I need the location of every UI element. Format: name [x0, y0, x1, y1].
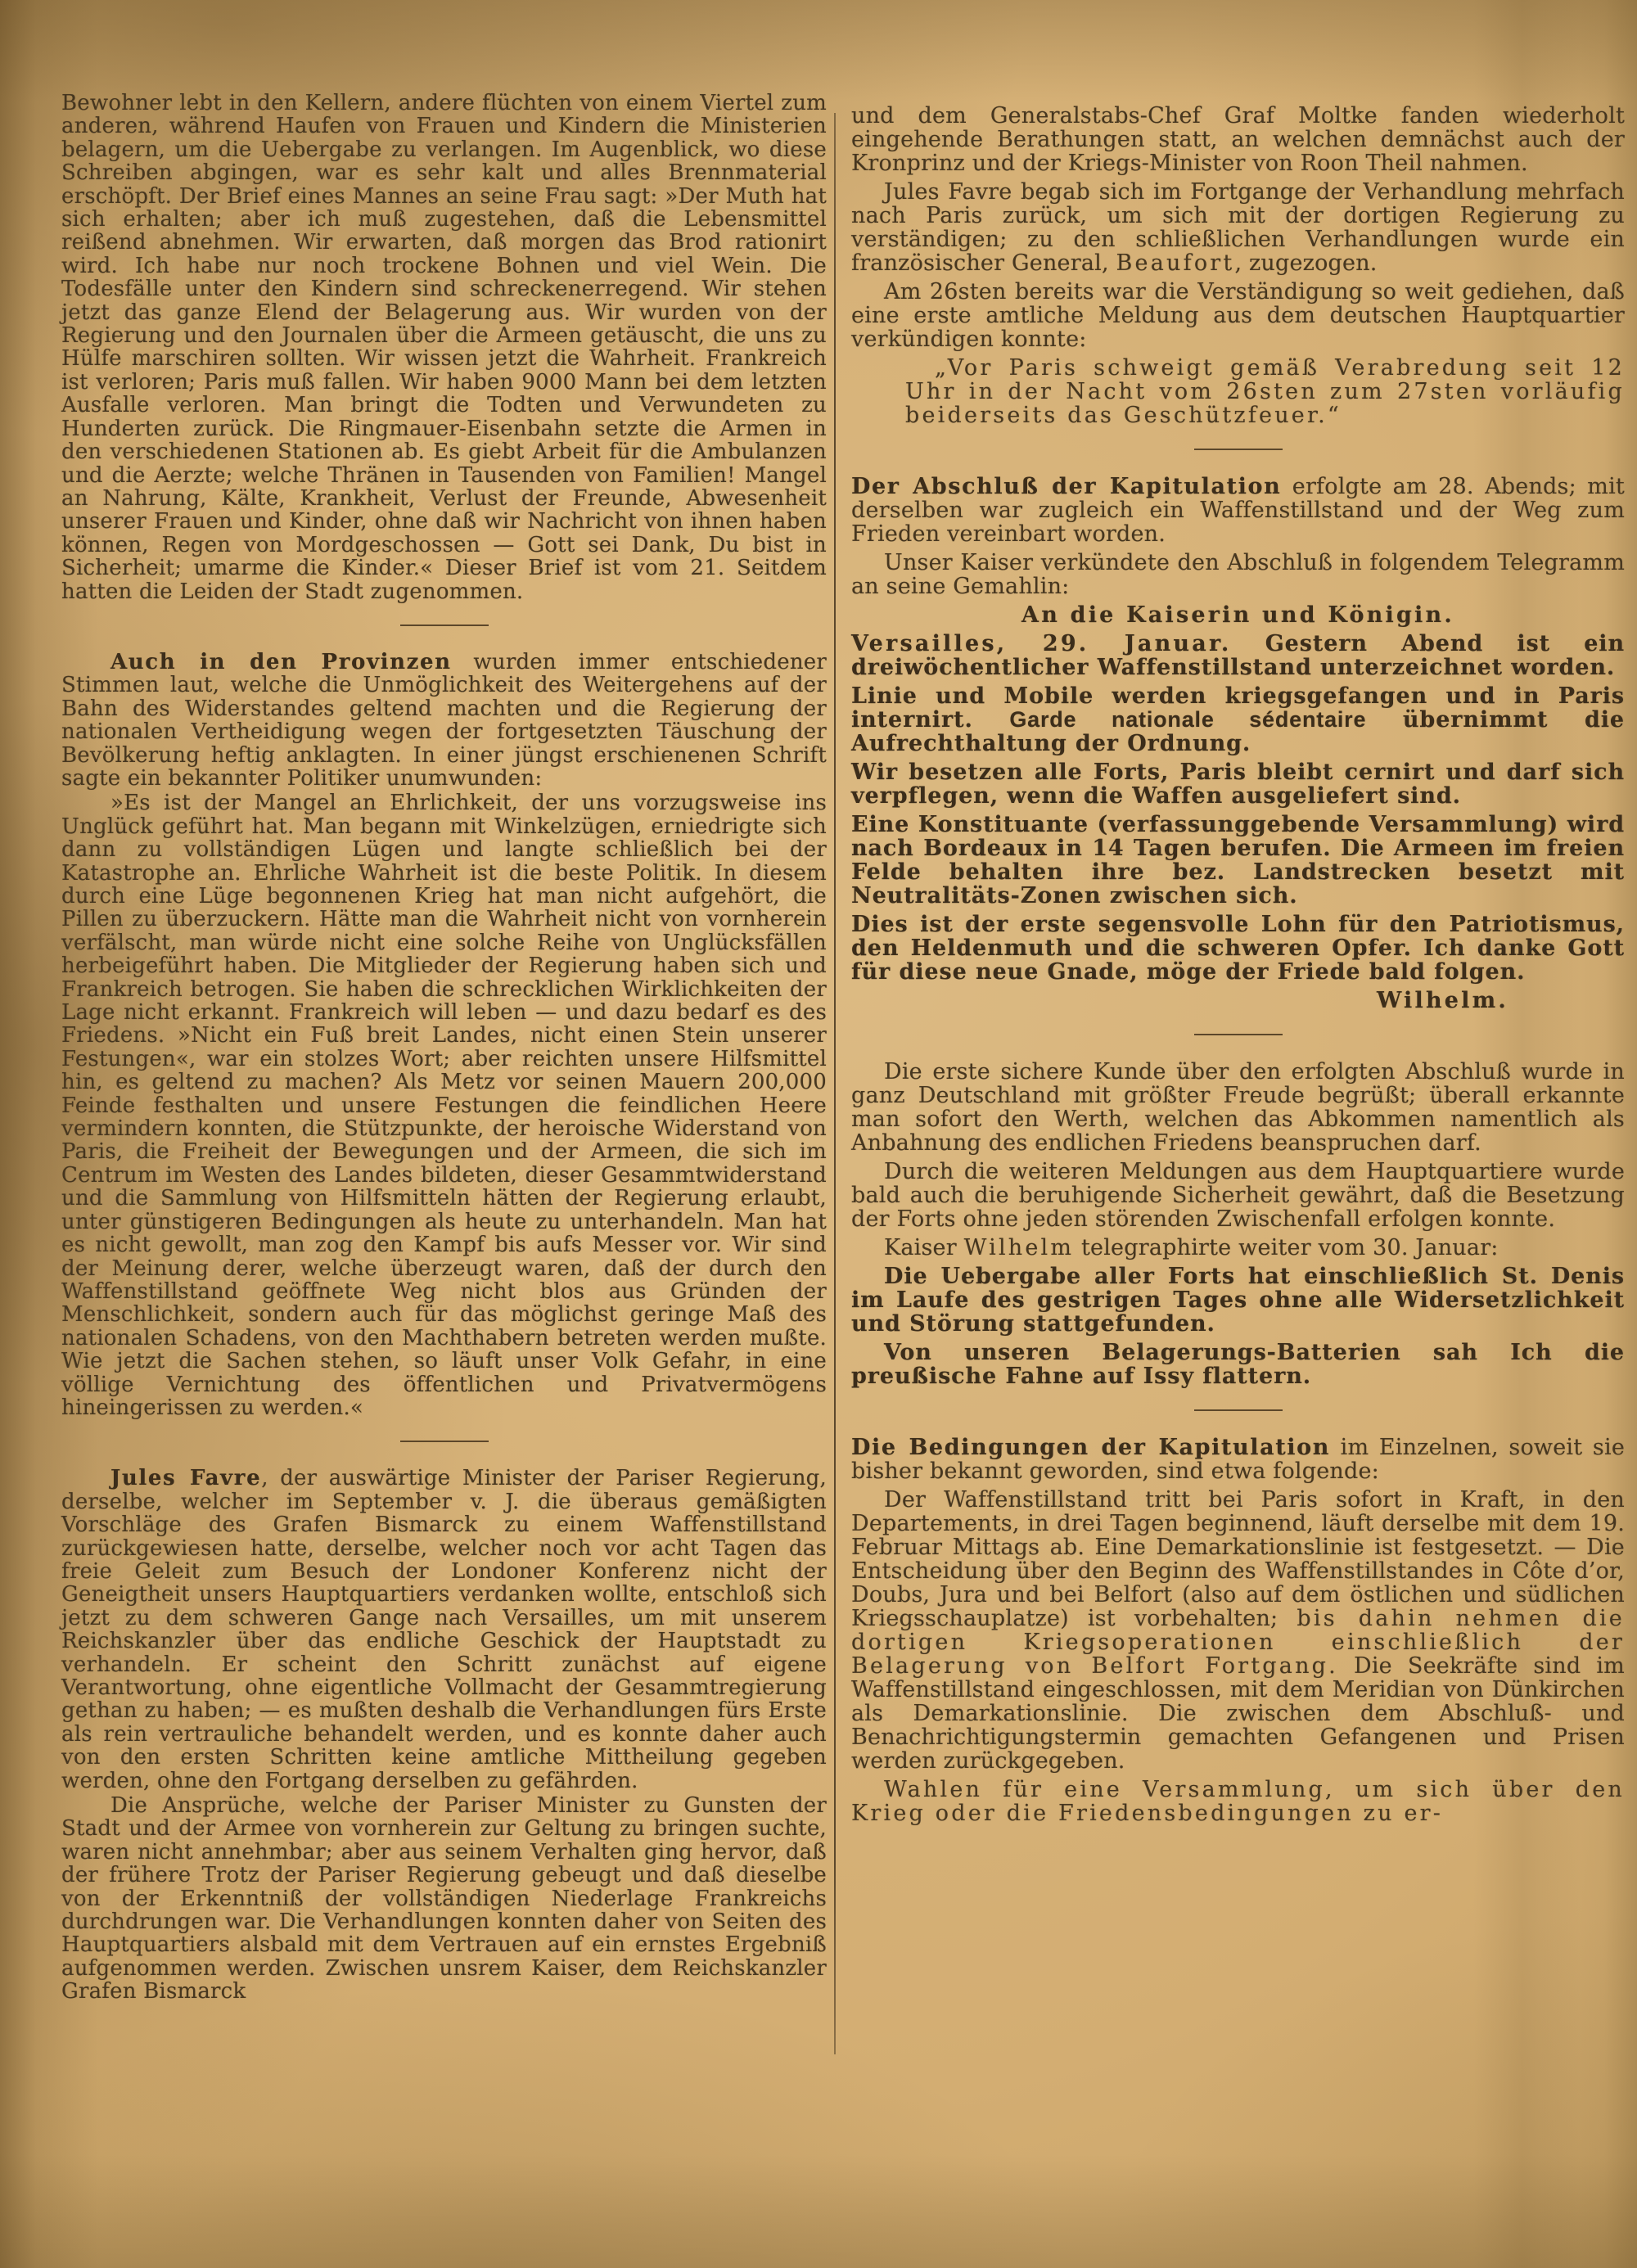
text-run: Die erste sichere Kunde über den erfolgt… [851, 1059, 1625, 1156]
paragraph: Eine Konstituante (verfassunggebende Ver… [851, 813, 1625, 908]
text-run: Wilhelm. [1377, 988, 1508, 1013]
paragraph: Die Bedingungen der Kapitulation im Einz… [851, 1436, 1625, 1483]
text-run: Dies ist der erste segensvolle Lohn für … [851, 912, 1625, 985]
section-divider-rule [400, 1441, 489, 1442]
paragraph: Wahlen für eine Versammlung, um sich übe… [851, 1778, 1625, 1825]
paragraph: „Vor Paris schweigt gemäß Verabredung se… [905, 356, 1625, 427]
paragraph: Am 26sten bereits war die Verständigung … [851, 280, 1625, 351]
paragraph: Unser Kaiser verkündete den Abschluß in … [851, 551, 1625, 598]
paragraph: Die Ansprüche, welche der Pariser Minist… [61, 1794, 827, 2004]
paragraph: Jules Favre begab sich im Fortgange der … [851, 180, 1625, 275]
text-run: Durch die weiteren Meldungen aus dem Hau… [851, 1159, 1625, 1232]
right-column: und dem Generalstabs-Chef Graf Moltke fa… [851, 104, 1625, 1830]
paragraph: Kaiser Wilhelm telegraphirte weiter vom … [851, 1236, 1625, 1260]
scanned-newspaper-page: Bewohner lebt in den Kellern, andere flü… [0, 0, 1637, 2268]
text-run: Beaufort [1116, 250, 1235, 276]
text-run: telegraphirte weiter vom 30. Januar: [1074, 1235, 1498, 1260]
section-divider-rule [400, 624, 489, 626]
paragraph: Bewohner lebt in den Kellern, andere flü… [61, 92, 827, 603]
text-run: Versailles, 29. Januar. [851, 631, 1232, 656]
text-run: Die Uebergabe aller Forts hat einschließ… [851, 1264, 1625, 1337]
paragraph: und dem Generalstabs-Chef Graf Moltke fa… [851, 104, 1625, 175]
text-run: Unser Kaiser verkündete den Abschluß in … [851, 550, 1625, 599]
paragraph: Von unseren Belagerungs-Batterien sah Ic… [851, 1341, 1625, 1388]
text-run: „Vor Paris schweigt gemäß Verabredung se… [905, 355, 1625, 428]
paragraph: »Es ist der Mangel an Ehrlichkeit, der u… [61, 791, 827, 1419]
paragraph: Durch die weiteren Meldungen aus dem Hau… [851, 1160, 1625, 1231]
text-run: Wilhelm [964, 1235, 1075, 1260]
section-divider-rule [1194, 449, 1283, 450]
text-run: Die Ansprüche, welche der Pariser Minist… [61, 1793, 827, 2004]
paragraph: Linie und Mobile werden kriegsgefangen u… [851, 684, 1625, 755]
paragraph: Der Abschluß der Kapitulation erfolgte a… [851, 475, 1625, 546]
paragraph: Wilhelm. [851, 989, 1625, 1012]
text-run: Wir besetzen alle Forts, Paris bleibt ce… [851, 760, 1625, 809]
left-column: Bewohner lebt in den Kellern, andere flü… [61, 92, 827, 2005]
section-divider-rule [1194, 1034, 1283, 1035]
text-run: Garde nationale sédentaire [1009, 707, 1366, 732]
text-run: Von unseren Belagerungs-Batterien sah Ic… [851, 1340, 1625, 1389]
paragraph-lead: Jules Favre [110, 1466, 261, 1490]
paragraph: Wir besetzen alle Forts, Paris bleibt ce… [851, 760, 1625, 808]
paragraph: Der Waffenstillstand tritt bei Paris sof… [851, 1488, 1625, 1773]
paragraph-lead: Die Bedingungen der Kapitulation [851, 1435, 1330, 1460]
text-run: Kaiser [884, 1235, 964, 1260]
text-run: Bewohner lebt in den Kellern, andere flü… [61, 91, 827, 604]
text-run: Eine Konstituante (verfassunggebende Ver… [851, 812, 1625, 909]
paragraph: Auch in den Provinzen wurden immer entsc… [61, 651, 827, 790]
paragraph: Dies ist der erste segensvolle Lohn für … [851, 913, 1625, 984]
text-run: , der auswärtige Minister der Pariser Re… [61, 1466, 827, 1792]
paragraph-lead: Auch in den Provinzen [110, 650, 452, 674]
text-run: An die Kaiserin und Königin. [1021, 602, 1454, 628]
text-run: Wahlen für eine Versammlung, um sich übe… [851, 1777, 1625, 1826]
text-run: »Es ist der Mangel an Ehrlichkeit, der u… [61, 791, 827, 1420]
paragraph: Jules Favre, der auswärtige Minister der… [61, 1467, 827, 1792]
column-divider-line [834, 113, 836, 2054]
paragraph: Versailles, 29. Januar. Gestern Abend is… [851, 632, 1625, 679]
text-run: , zugezogen. [1234, 250, 1377, 276]
text-run: und dem Generalstabs-Chef Graf Moltke fa… [851, 103, 1625, 176]
text-run: Am 26sten bereits war die Verständigung … [851, 279, 1625, 352]
paragraph: An die Kaiserin und Königin. [851, 603, 1625, 627]
paragraph: Die erste sichere Kunde über den erfolgt… [851, 1060, 1625, 1155]
paragraph: Die Uebergabe aller Forts hat einschließ… [851, 1265, 1625, 1336]
paragraph-lead: Der Abschluß der Kapitulation [851, 474, 1281, 499]
section-divider-rule [1194, 1409, 1283, 1411]
